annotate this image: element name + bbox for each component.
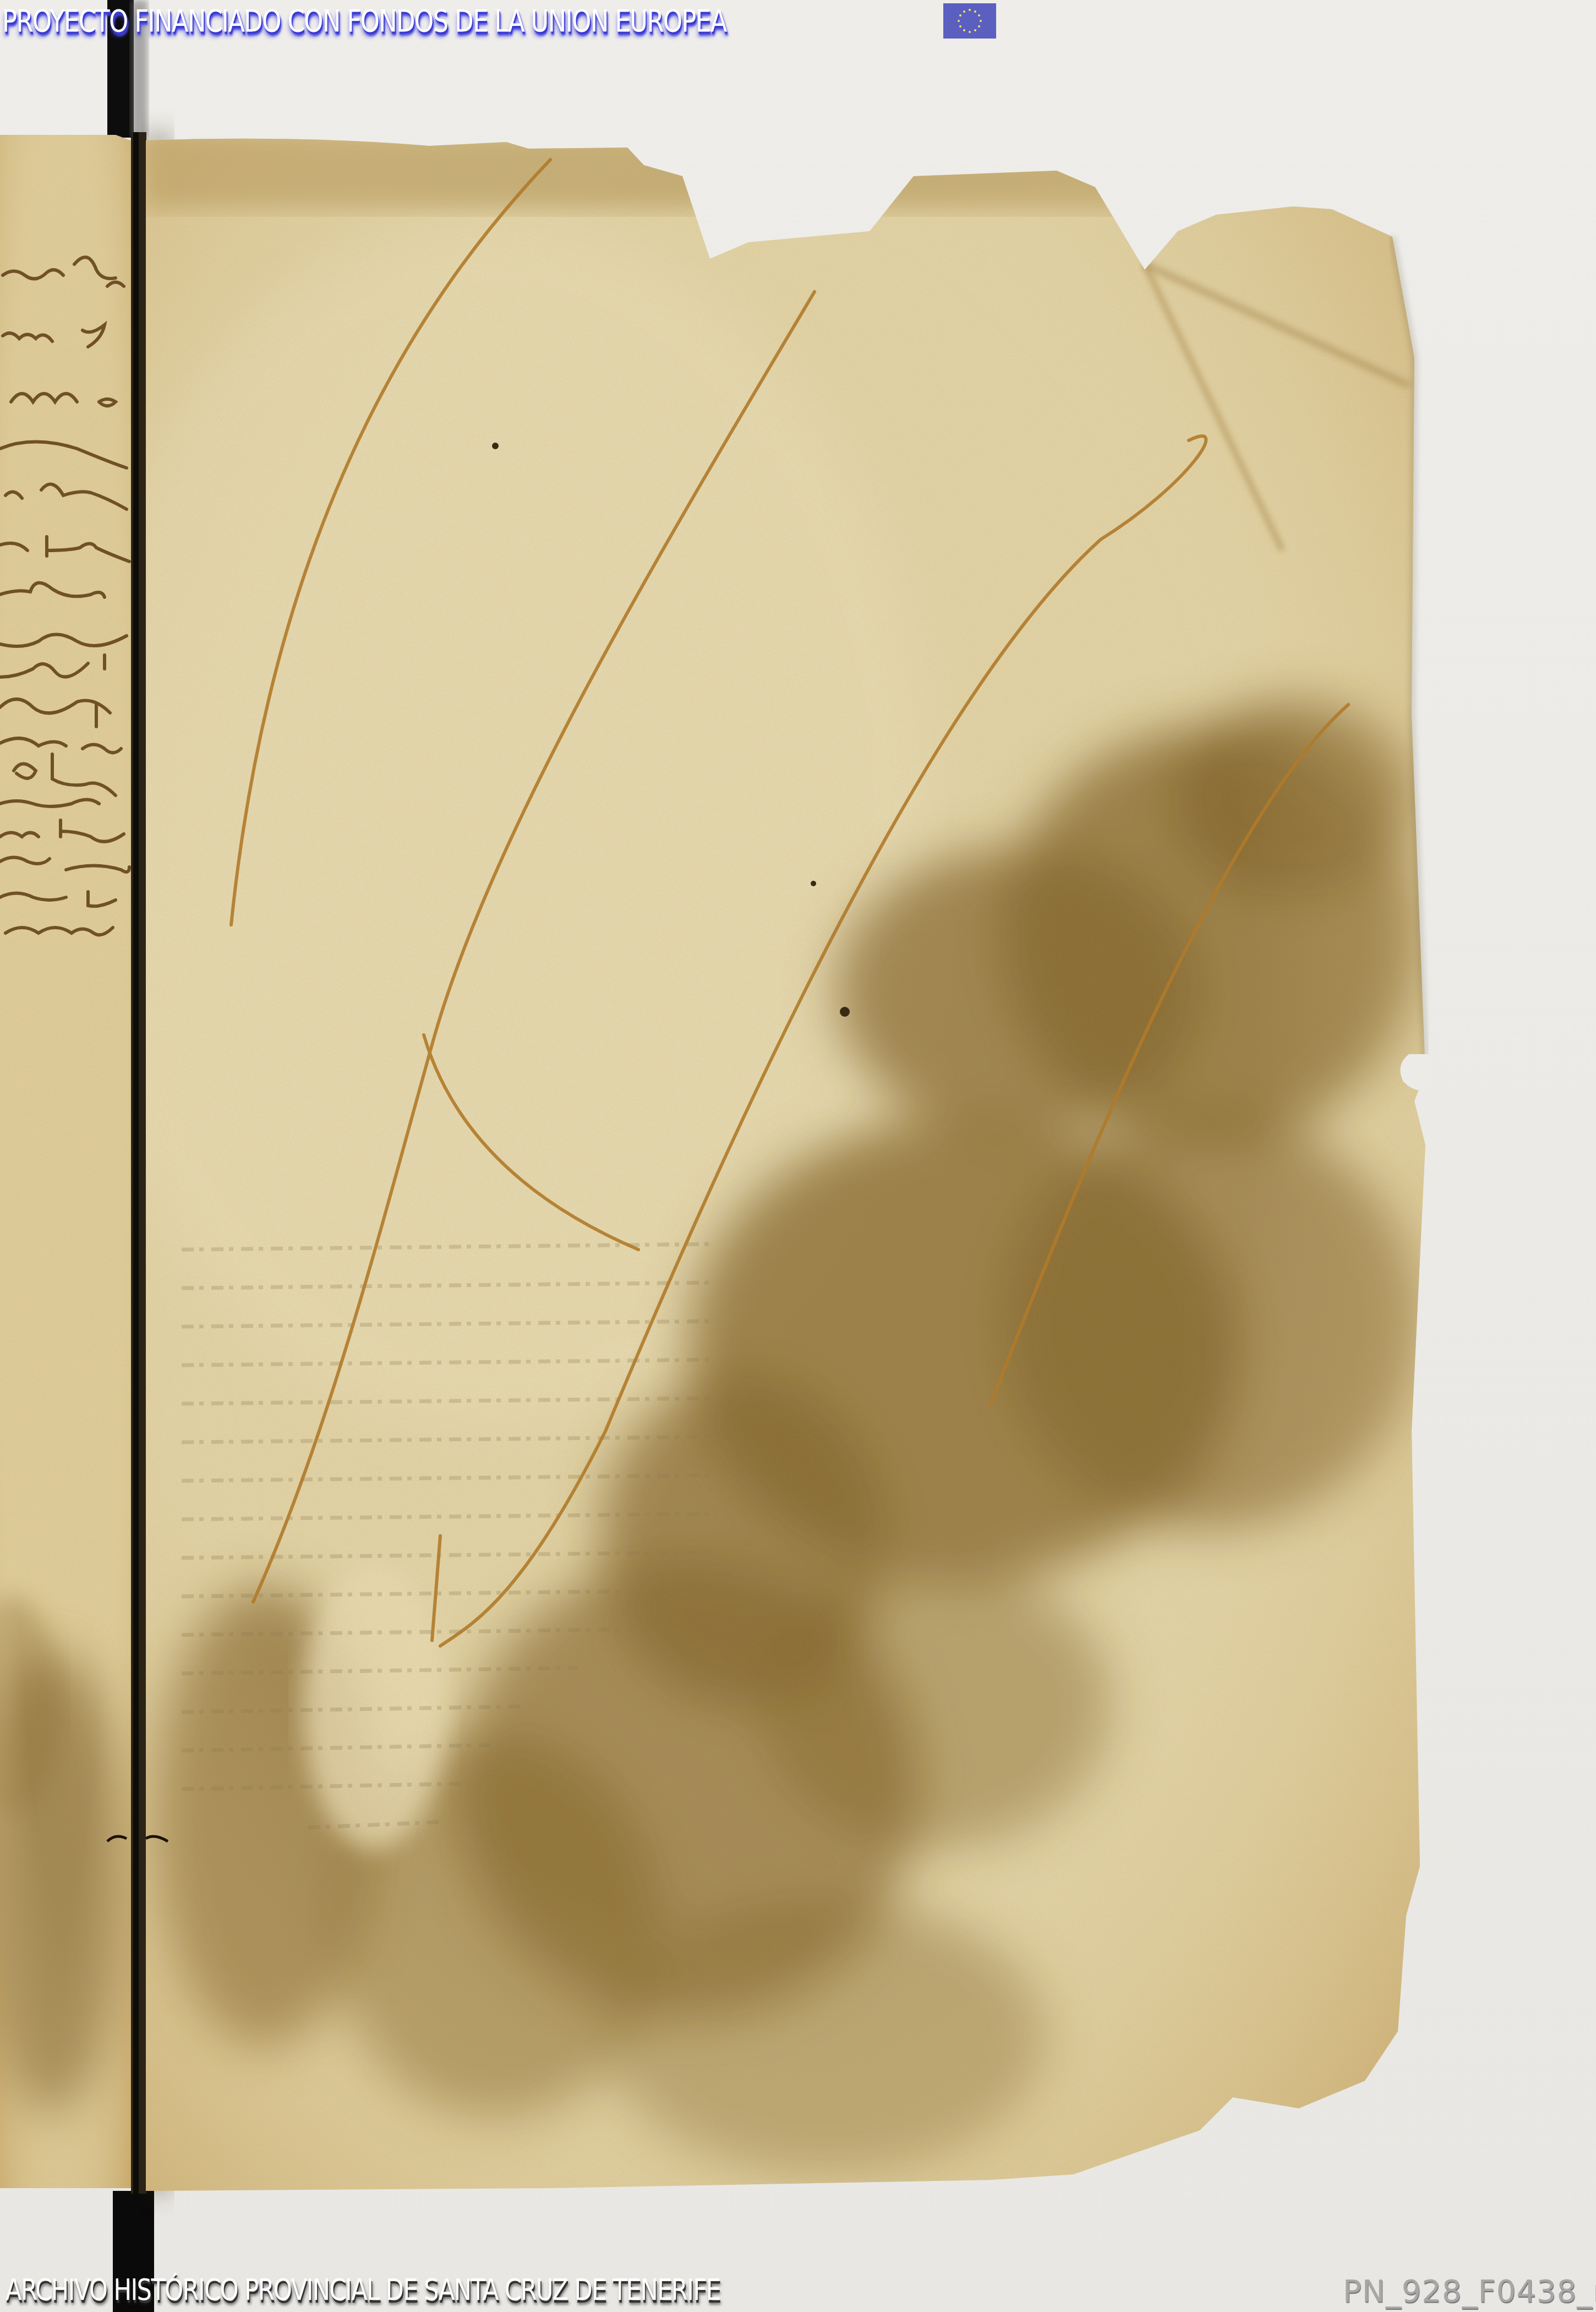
- image-code: PN_928_F0438_r: [1343, 2273, 1596, 2309]
- eu-stars-icon: [954, 6, 985, 36]
- funding-banner: PROYECTO FINANCIADO CON FONDOS DE LA UNI…: [2, 3, 726, 39]
- archive-name: ARCHIVO HISTÓRICO PROVINCIAL DE SANTA CR…: [6, 2272, 720, 2307]
- eu-flag-icon: [943, 3, 996, 39]
- scanned-document: [0, 0, 1596, 2312]
